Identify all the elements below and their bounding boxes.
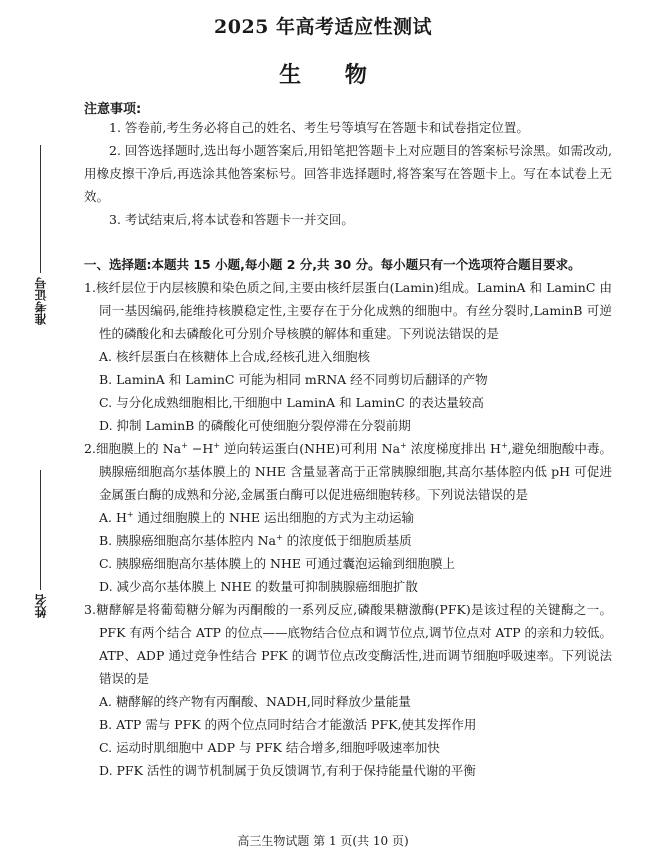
name-field: 姓名: [30, 470, 50, 618]
question-1-option-b: B. LaminA 和 LaminC 可能为相同 mRNA 经不同剪切后翻译的产…: [84, 368, 612, 391]
option-text: 通过细胞膜上的 NHE 运出细胞的方式为主动运输: [134, 510, 414, 525]
page-title: 2025 年高考适应性测试: [0, 12, 646, 39]
question-text: 细胞膜上的 Na: [96, 441, 181, 456]
superscript: +: [501, 441, 508, 450]
notice-heading: 注意事项:: [84, 98, 141, 117]
question-2-option-a: A. H+ 通过细胞膜上的 NHE 运出细胞的方式为主动运输: [84, 506, 612, 529]
exam-number-label: 准考证号: [32, 277, 49, 325]
option-text: A. H: [99, 510, 127, 525]
exam-number-field: 准考证号: [30, 145, 50, 325]
question-number: 3.: [84, 602, 96, 617]
option-text: B. 胰腺癌细胞高尔基体腔内 Na: [99, 533, 276, 548]
document-body: 1. 答卷前,考生务必将自己的姓名、考生号等填写在答题卡和试卷指定位置。 2. …: [84, 116, 612, 782]
question-text: −H: [188, 441, 213, 456]
question-1-option-c: C. 与分化成熟细胞相比,干细胞中 LaminA 和 LaminC 的表达量较高: [84, 391, 612, 414]
section-heading: 一、选择题:本题共 15 小题,每小题 2 分,共 30 分。每小题只有一个选项…: [84, 253, 612, 276]
option-text: 的浓度低于细胞质基质: [283, 533, 412, 548]
question-3-stem: 3.糖酵解是将葡萄糖分解为丙酮酸的一系列反应,磷酸果糖激酶(PFK)是该过程的关…: [84, 598, 612, 690]
exam-number-blank-line: [40, 145, 41, 273]
question-2-option-c: C. 胰腺癌细胞高尔基体膜上的 NHE 可通过囊泡运输到细胞膜上: [84, 552, 612, 575]
question-3-option-c: C. 运动时肌细胞中 ADP 与 PFK 结合增多,细胞呼吸速率加快: [84, 736, 612, 759]
question-1-option-a: A. 核纤层蛋白在核糖体上合成,经核孔进入细胞核: [84, 345, 612, 368]
question-2-stem: 2.细胞膜上的 Na+ −H+ 逆向转运蛋白(NHE)可利用 Na+ 浓度梯度排…: [84, 437, 612, 506]
superscript: +: [127, 510, 134, 519]
question-text: 糖酵解是将葡萄糖分解为丙酮酸的一系列反应,磷酸果糖激酶(PFK)是该过程的关键酶…: [96, 602, 612, 686]
subject-title: 生 物: [0, 58, 646, 89]
question-3-option-d: D. PFK 活性的调节机制属于负反馈调节,有利于保持能量代谢的平衡: [84, 759, 612, 782]
question-3-option-a: A. 糖酵解的终产物有丙酮酸、NADH,同时释放少量能量: [84, 690, 612, 713]
superscript: +: [181, 441, 188, 450]
question-1-stem: 1.核纤层位于内层核膜和染色质之间,主要由核纤层蛋白(Lamin)组成。Lami…: [84, 276, 612, 345]
question-text: 逆向转运蛋白(NHE)可利用 Na: [220, 441, 400, 456]
superscript: +: [276, 533, 283, 542]
notice-item-3: 3. 考试结束后,将本试卷和答题卡一并交回。: [84, 208, 612, 231]
question-number: 1.: [84, 280, 96, 295]
question-number: 2.: [84, 441, 96, 456]
question-2-option-b: B. 胰腺癌细胞高尔基体腔内 Na+ 的浓度低于细胞质基质: [84, 529, 612, 552]
superscript: +: [213, 441, 220, 450]
notice-item-1: 1. 答卷前,考生务必将自己的姓名、考生号等填写在答题卡和试卷指定位置。: [84, 116, 612, 139]
question-1-option-d: D. 抑制 LaminB 的磷酸化可使细胞分裂停滞在分裂前期: [84, 414, 612, 437]
question-text: 浓度梯度排出 H: [407, 441, 501, 456]
question-3-option-b: B. ATP 需与 PFK 的两个位点同时结合才能激活 PFK,使其发挥作用: [84, 713, 612, 736]
question-2-option-d: D. 减少高尔基体膜上 NHE 的数量可抑制胰腺癌细胞扩散: [84, 575, 612, 598]
superscript: +: [400, 441, 407, 450]
name-label: 姓名: [32, 594, 49, 618]
page-footer: 高三生物试题 第 1 页(共 10 页): [0, 832, 646, 849]
name-blank-line: [40, 470, 41, 590]
question-text: 核纤层位于内层核膜和染色质之间,主要由核纤层蛋白(Lamin)组成。LaminA…: [96, 280, 612, 341]
notice-item-2: 2. 回答选择题时,选出每小题答案后,用铅笔把答题卡上对应题目的答案标号涂黑。如…: [84, 139, 612, 208]
